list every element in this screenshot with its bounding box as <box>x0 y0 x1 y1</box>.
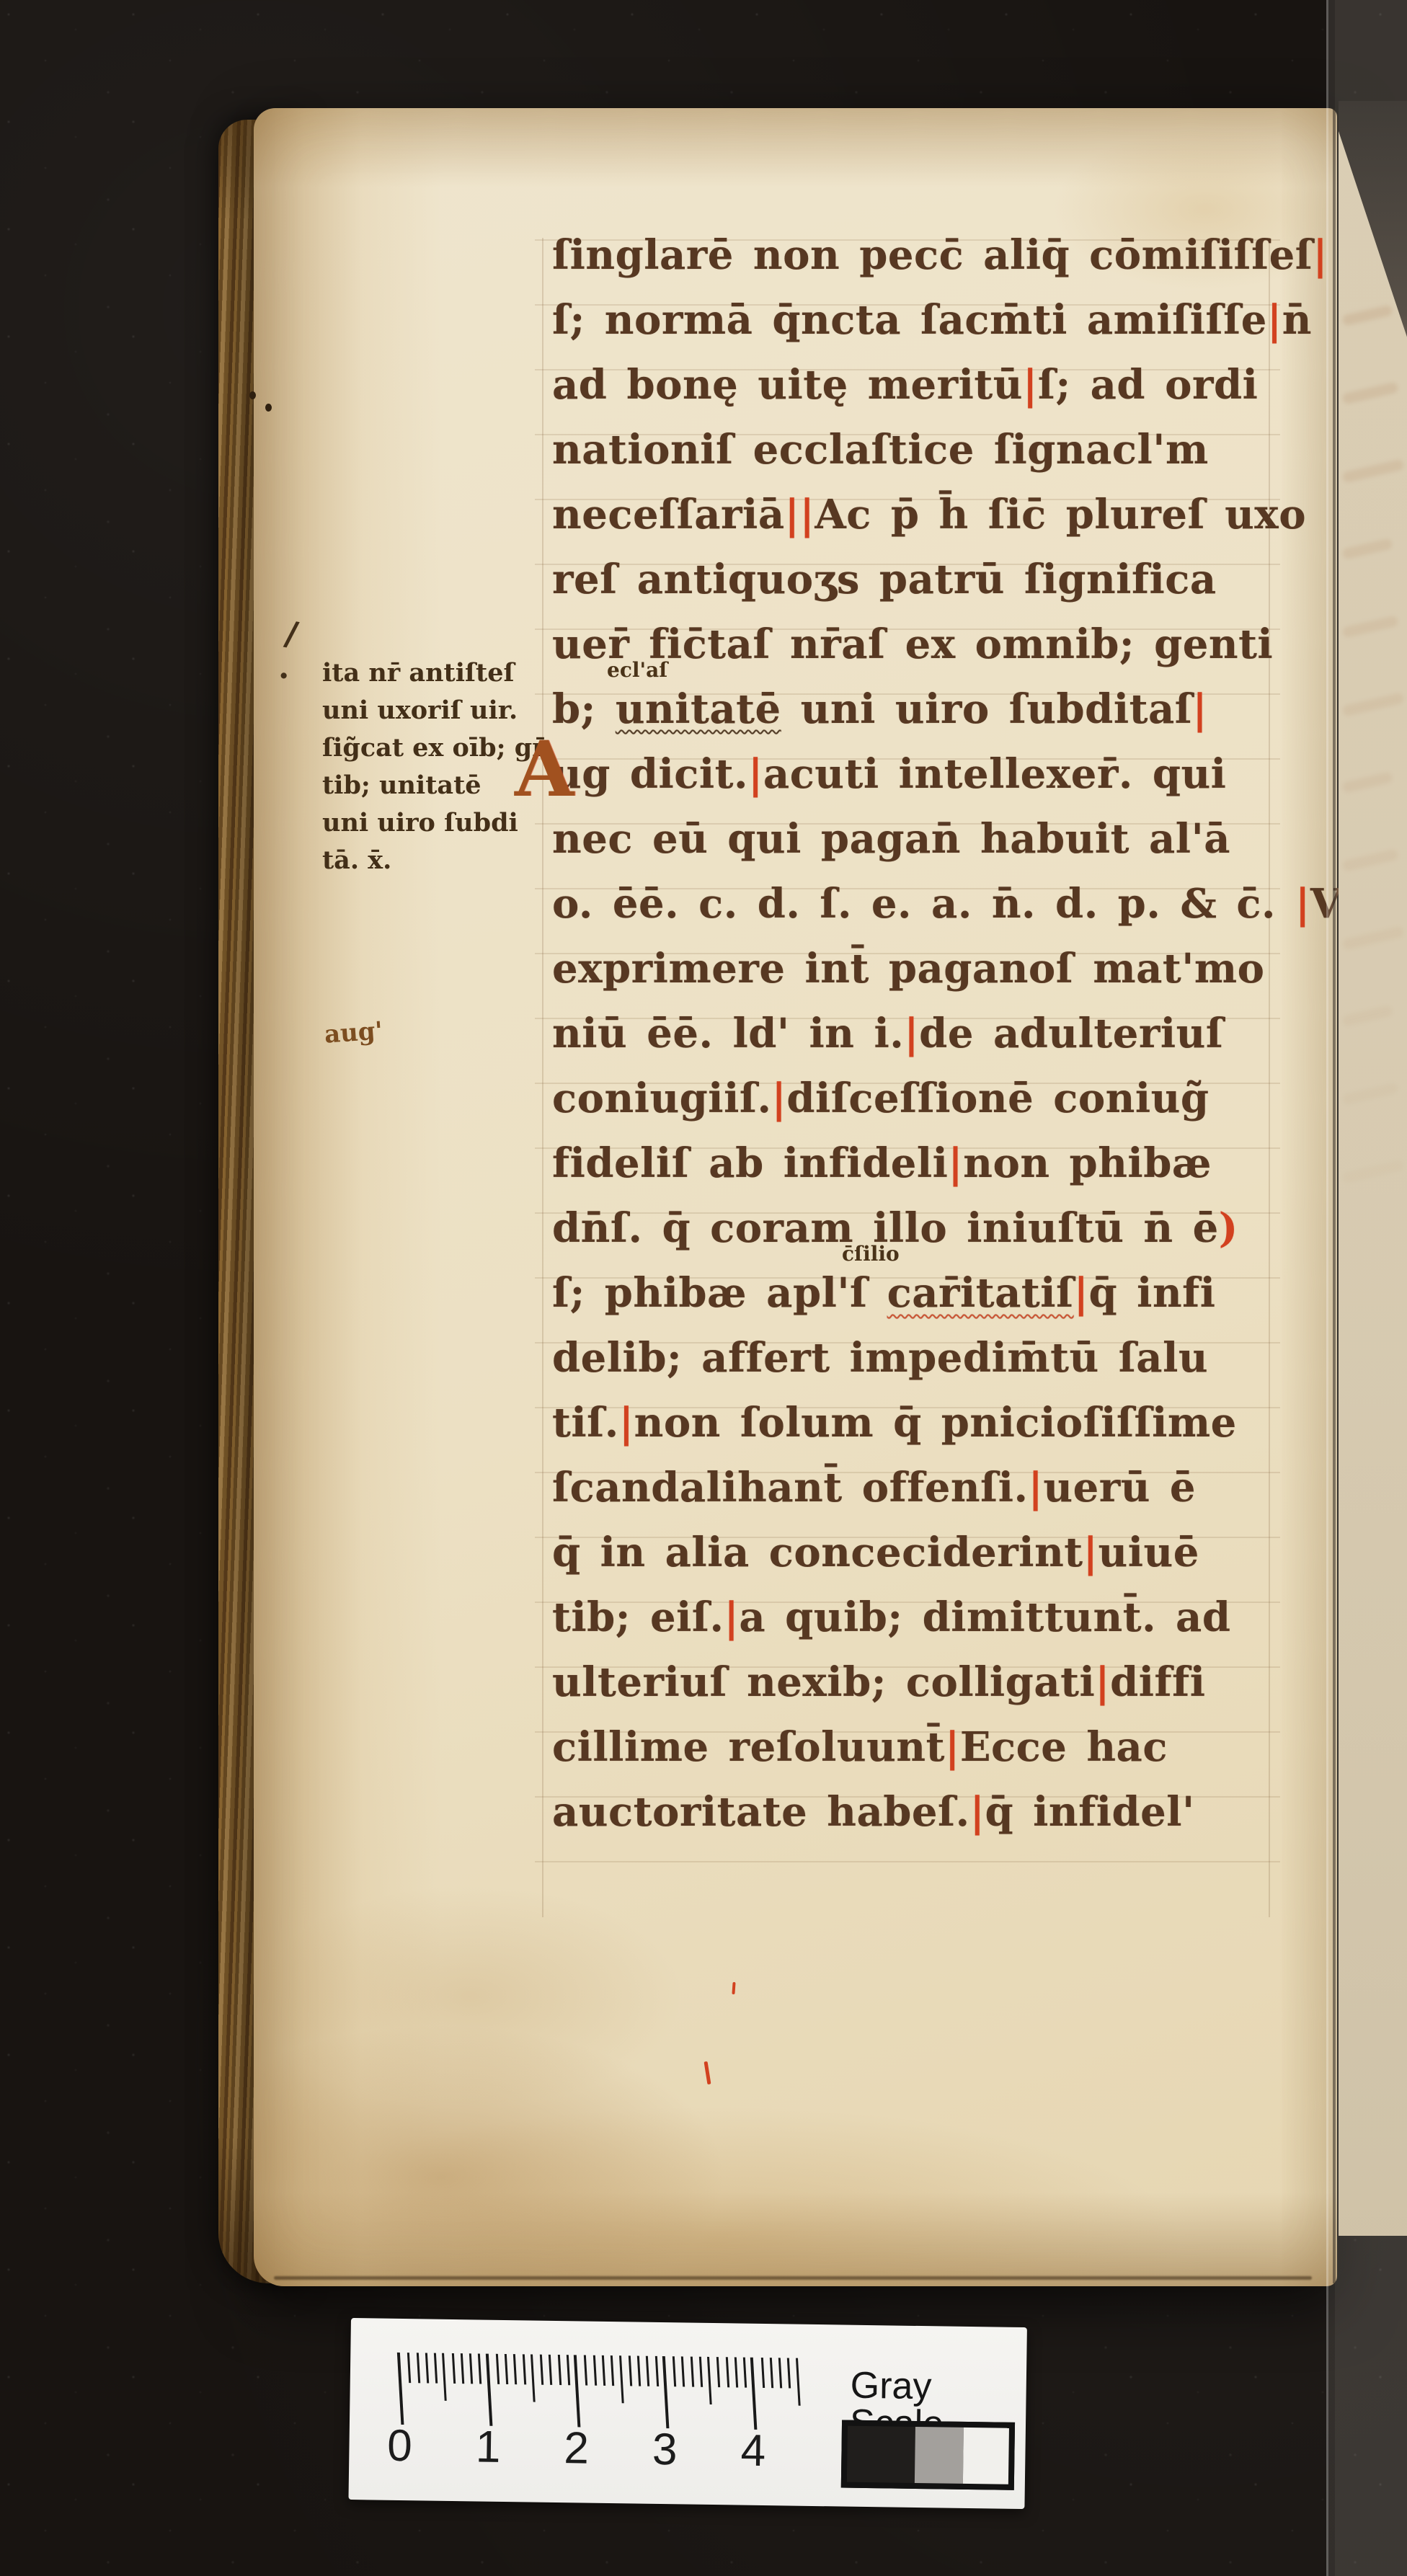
text-line: exprimere int̄ paganoſ mat'mo <box>552 949 1265 989</box>
gloss-line: tā. x̄. <box>322 848 391 873</box>
ruler-number: 2 <box>564 2426 589 2471</box>
ink-dots-mark <box>249 391 256 399</box>
text-segment: fideliſ ab infideli <box>552 1140 948 1187</box>
gloss-line: uni uxoriſ uir. <box>322 698 518 723</box>
gloss-line: uni uiro ſubdi <box>322 810 518 835</box>
text-line: ſ; normā q̄ncta ſacm̄ti amiſiſſe|n̄ <box>552 300 1312 340</box>
rubric-mark: | <box>945 1723 960 1771</box>
ruler-tick <box>750 2358 758 2430</box>
ruler-tick <box>690 2357 693 2387</box>
right-margin-rule <box>1269 238 1270 1917</box>
text-segment: q̄ in alia conceciderint <box>552 1529 1083 1576</box>
text-segment: ſ; phibæ apl'ſ <box>552 1269 887 1317</box>
text-segment: ſcandalihant̄ offenſi. <box>552 1464 1029 1511</box>
grayscale-white-swatch <box>963 2428 1009 2484</box>
page-bottom-edge <box>274 2276 1312 2280</box>
ruler-tick <box>522 2354 525 2384</box>
ruler-tick <box>629 2355 632 2386</box>
ruler-tick <box>567 2355 570 2385</box>
ruler-number: 0 <box>387 2424 412 2469</box>
text-segment: car̄itatiſ <box>887 1269 1074 1317</box>
text-segment: coniugiiſ. <box>552 1075 771 1122</box>
ruler-tick <box>505 2354 508 2384</box>
text-line: niū ēē. ld' in i.|de adulteriuſ <box>552 1013 1223 1054</box>
ruler-tick <box>407 2353 411 2383</box>
text-segment: reſ antiquoʒs patrū ſignifica <box>552 556 1217 603</box>
ruler-tick <box>673 2356 676 2386</box>
text-segment: tiſ. <box>552 1399 619 1447</box>
text-line: delib; affert impedim̄tū ſalu <box>552 1338 1208 1378</box>
ruler-tick <box>637 2356 641 2386</box>
text-line: reſ antiquoʒs patrū ſignifica <box>552 559 1217 600</box>
text-line: tiſ.|non ſolum q̄ pnicioſiſſime <box>552 1403 1237 1443</box>
rubric-mark: | <box>970 1788 985 1836</box>
ruler-tick <box>707 2357 712 2404</box>
text-segment: non phibæ <box>963 1140 1212 1187</box>
text-segment: delib; affert impedim̄tū ſalu <box>552 1334 1208 1382</box>
grayscale-black-swatch <box>847 2426 915 2483</box>
margin-note-aug: aug' <box>324 1018 383 1047</box>
rubric-mark: ) <box>1219 1204 1238 1252</box>
text-segment: Ecce hac <box>960 1723 1168 1771</box>
text-segment: ug dicit. <box>552 750 748 798</box>
ruler-tick <box>743 2358 747 2388</box>
ruler-tick <box>646 2356 649 2386</box>
text-segment: cillime reſoluunt̄ <box>552 1723 945 1771</box>
ruler-number: 3 <box>652 2428 678 2472</box>
ruler-tick <box>796 2358 801 2406</box>
text-segment: uiuē <box>1098 1529 1199 1576</box>
ruler-tick <box>593 2355 597 2386</box>
ruler-tick <box>716 2357 720 2387</box>
text-segment: tib; eiſ. <box>552 1594 724 1641</box>
text-segment: diſceſſionē coniug̃ <box>786 1075 1209 1122</box>
rubric-mark: | <box>1095 1658 1110 1706</box>
text-segment: ſinglarē non pecc̄ aliq̄ cōmiſiſſeſ <box>552 231 1313 279</box>
text-segment: de adulteriuſ <box>919 1010 1223 1057</box>
text-segment: acuti intellexer̄. qui <box>763 750 1227 798</box>
ruler-tick <box>442 2353 447 2401</box>
text-line: ſcandalihant̄ offenſi.|uerū ē <box>552 1467 1196 1508</box>
ruler-tick <box>770 2358 773 2388</box>
rubric-mark: | <box>904 1010 919 1057</box>
text-line: nec eū qui pagan̄ habuit al'ā <box>552 819 1230 859</box>
text-line: ſinglarē non pecc̄ aliq̄ cōmiſiſſeſ| <box>552 235 1328 275</box>
text-segment: uni uiro ſubditaſ <box>781 685 1193 733</box>
text-segment: niū ēē. ld' in i. <box>552 1010 904 1057</box>
ruler-tick <box>558 2355 562 2385</box>
text-segment: non ſolum q̄ pnicioſiſſime <box>634 1399 1237 1447</box>
text-line: b; unitatē uni uiro ſubditaſ| <box>552 689 1207 729</box>
rubric-mark: | <box>748 750 763 798</box>
text-line: q̄ in alia conceciderint|uiuē <box>552 1532 1199 1573</box>
ruler-tick <box>734 2357 738 2387</box>
text-line: o. ēē. c. d. ſ. e. a. n̄. d. p. & c̄. |V… <box>552 884 1407 924</box>
text-line: auctoritate habeſ.|q̄ infidel' <box>552 1792 1195 1832</box>
text-segment: q̄ infi <box>1089 1269 1216 1317</box>
ruler-tick <box>397 2353 404 2425</box>
ruler-tick <box>574 2355 581 2427</box>
ruler-tick <box>760 2358 764 2388</box>
ruler-tick <box>469 2353 473 2384</box>
gloss-line: ita nr̄ antiſteſ <box>322 660 515 685</box>
left-margin-rule <box>542 238 543 1917</box>
ruler-tick <box>425 2353 429 2383</box>
ruler-tick <box>662 2356 670 2428</box>
ruler-tick <box>602 2355 605 2386</box>
ruler-tick <box>496 2354 500 2384</box>
ruler-tick <box>461 2353 464 2384</box>
ruler-number: 1 <box>475 2425 500 2469</box>
decorated-initial-A: A <box>515 731 574 807</box>
rubric-mark: | <box>724 1594 739 1641</box>
ruler-number: 4 <box>740 2429 765 2474</box>
ruler-tick <box>540 2355 543 2385</box>
text-line: ad bonę uitę meritū|ſ; ad ordi <box>552 365 1258 405</box>
text-line: tib; eiſ.|a quib; dimittunt̄. ad <box>552 1597 1231 1638</box>
text-segment: ad bonę uitę meritū <box>552 361 1023 409</box>
text-segment: Ac p̄ h̄ ſic̄ plureſ uxo <box>815 491 1306 538</box>
ruler-tick <box>654 2356 658 2386</box>
text-segment: ulteriuſ nexib; colligati <box>552 1658 1095 1706</box>
ruler-tick <box>611 2355 614 2386</box>
ruler-tick <box>416 2353 420 2383</box>
interlinear-note-consilio: c̄ſilio <box>842 1244 900 1264</box>
text-segment: o. ēē. c. d. ſ. e. a. n̄. d. p. & c̄. <box>552 880 1295 928</box>
rubric-mark: | <box>1029 1464 1044 1511</box>
ruler-tick <box>485 2354 492 2426</box>
grayscale-gray-swatch <box>915 2427 964 2484</box>
margin-dot-mark: . <box>278 652 289 684</box>
ruler-tick <box>434 2353 438 2384</box>
rubric-mark: | <box>619 1399 634 1447</box>
rubric-mark: || <box>785 491 815 538</box>
text-line: ulteriuſ nexib; colligati|diffi <box>552 1662 1206 1702</box>
interlinear-note-ecclesias: ecl'aſ <box>607 660 667 680</box>
rubric-mark: | <box>1023 361 1038 409</box>
rubric-mark: | <box>1083 1529 1098 1576</box>
rubric-mark: | <box>1192 685 1207 733</box>
text-segment: nationiſ ecclaſtice ſignacl'm <box>552 426 1209 474</box>
ink-dots-mark <box>265 404 272 412</box>
text-segment: a quib; dimittunt̄. ad <box>739 1594 1230 1641</box>
ruler-tick <box>549 2355 552 2385</box>
rubric-mark: | <box>1267 296 1282 344</box>
text-segment: uerū ē <box>1043 1464 1196 1511</box>
text-segment: auctoritate habeſ. <box>552 1788 970 1836</box>
ruler-tick <box>618 2355 623 2403</box>
ruler-tick <box>699 2357 703 2387</box>
rubric-mark: | <box>771 1075 786 1122</box>
text-line: cillime reſoluunt̄|Ecce hac <box>552 1727 1168 1767</box>
text-segment: ſ; ad ordi <box>1038 361 1258 409</box>
plexiglass-strip <box>1326 0 1407 2576</box>
rubric-mark: | <box>948 1140 963 1187</box>
grayscale-patch <box>841 2420 1015 2490</box>
ruler-tick <box>478 2353 481 2384</box>
ruler-tick <box>787 2358 791 2388</box>
text-segment: neceſſariā <box>552 491 785 538</box>
ruler-tick <box>725 2357 729 2387</box>
text-segment: n̄ <box>1282 296 1312 344</box>
text-segment: ſ; normā q̄ncta ſacm̄ti amiſiſſe <box>552 296 1267 344</box>
ruler-tick <box>778 2358 782 2388</box>
ruler-tick <box>451 2353 455 2384</box>
ruler-tick <box>584 2355 587 2386</box>
ruler-card: 01234 Gray Scale <box>348 2318 1026 2509</box>
ruler-tick <box>681 2356 685 2386</box>
text-segment: nec eū qui pagan̄ habuit al'ā <box>552 815 1230 863</box>
text-segment: unitatē <box>616 685 781 733</box>
text-line: fideliſ ab infideli|non phibæ <box>552 1143 1212 1183</box>
text-segment: q̄ infidel' <box>985 1788 1194 1836</box>
text-line: coniugiiſ.|diſceſſionē coniug̃ <box>552 1078 1210 1119</box>
text-line: nationiſ ecclaſtice ſignacl'm <box>552 430 1209 470</box>
text-line: neceſſariā||Ac p̄ h̄ ſic̄ plureſ uxo <box>552 494 1306 535</box>
ruler-tick <box>513 2354 517 2384</box>
text-segment: exprimere int̄ paganoſ mat'mo <box>552 945 1265 992</box>
ruler-tick <box>531 2354 536 2402</box>
rubric-mark: | <box>1295 880 1310 928</box>
text-line: ſ; phibæ apl'ſ car̄itatiſ|q̄ infi <box>552 1273 1216 1313</box>
gloss-line: tib; unitatē <box>322 773 481 798</box>
text-segment: diffi <box>1110 1658 1205 1706</box>
rubric-mark: | <box>1074 1269 1089 1317</box>
text-line: ug dicit.|acuti intellexer̄. qui <box>552 754 1226 794</box>
